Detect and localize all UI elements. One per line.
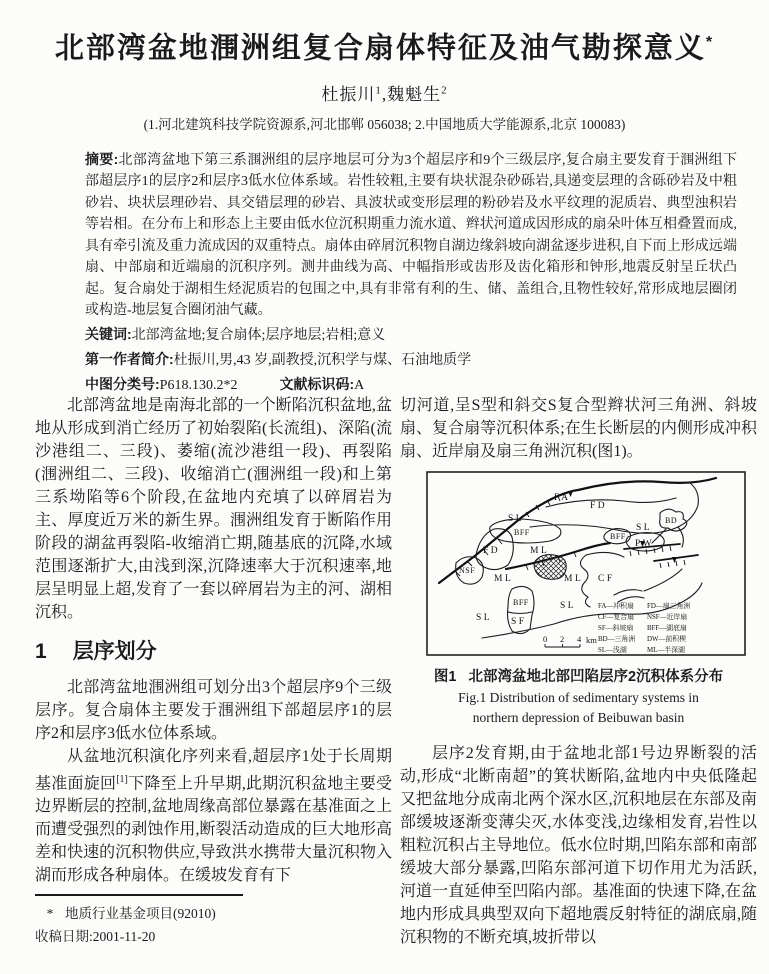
- legend-entry: BFF—湖底扇: [647, 623, 687, 632]
- figure-caption-en-line2: northern depression of Beibuwan basin: [400, 708, 757, 728]
- received-date: 收稿日期:2001-11-20: [35, 925, 392, 948]
- legend-entry: ML—半深湖: [647, 645, 685, 654]
- keywords-text: 北部湾盆地;复合扇体;层序地层;岩相;意义: [132, 328, 386, 343]
- figure-caption-cn-text: 北部湾盆地北部凹陷层序2沉积体系分布: [469, 669, 724, 685]
- scale-tick-0: 0: [543, 634, 547, 644]
- map-label-pw: PW: [635, 539, 654, 549]
- footnote-star: *: [35, 902, 65, 925]
- map-label-fd-top: FD: [590, 501, 607, 511]
- author-name-2: 魏魁生: [387, 85, 441, 104]
- legend-entry: BD—三角洲: [598, 634, 635, 643]
- legend-entry: CF—复合扇: [598, 612, 634, 621]
- abstract-text: 北部湾盆地下第三系涠洲组的层序地层可分为3个超层序和9个三级层序,复合扇主要发育…: [85, 153, 737, 319]
- legend-entry: NSF—近岸扇: [647, 612, 687, 621]
- right-column: 切河道,呈S型和斜交S复合型辫状河三角洲、斜坡扇、复合扇等沉积体系;在生长断层的…: [400, 394, 757, 974]
- section-title: 层序划分: [73, 640, 157, 663]
- map-label-sl-nw: SL: [508, 514, 524, 524]
- body-paragraph-cont: 切河道,呈S型和斜交S复合型辫状河三角洲、斜坡扇、复合扇等沉积体系;在生长断层的…: [400, 394, 757, 463]
- footnote-rule: [35, 894, 243, 896]
- author-bio-line: 第一作者简介:杜振川,男,43 岁,副教授,沉积学与煤、石油地质学: [85, 348, 737, 372]
- body-columns: 北部湾盆地是南海北部的一个断陷沉积盆地,盆地从形成到消亡经历了初始裂陷(长流组)…: [0, 394, 769, 974]
- abstract-label: 摘要:: [85, 151, 118, 167]
- author-bio-text: 杜振川,男,43 岁,副教授,沉积学与煤、石油地质学: [174, 353, 472, 368]
- author-bio-label: 第一作者简介:: [85, 351, 174, 367]
- figure-caption-cn: 图1北部湾盆地北部凹陷层序2沉积体系分布: [400, 667, 757, 688]
- map-label-bff-bottom: BFF: [513, 598, 529, 607]
- abstract-section: 摘要:北部湾盆地下第三系涠洲组的层序地层可分为3个超层序和9个三级层序,复合扇主…: [85, 149, 737, 322]
- affiliation-line: (1.河北建筑科技学院资源系,河北邯郸 056038; 2.中国地质大学能源系,…: [0, 113, 769, 133]
- legend-entry: FD—扇三角洲: [647, 601, 690, 610]
- map-label-bd: BD: [665, 516, 677, 525]
- reference-mark: [1]: [116, 774, 128, 785]
- scale-unit: km: [586, 635, 597, 645]
- map-label-ml-sw: ML: [494, 574, 513, 584]
- map-frame: [427, 472, 745, 655]
- map-label-sl-sw: SL: [476, 613, 492, 623]
- map-label-sf: SF: [511, 617, 527, 627]
- scale-bar-line: [545, 644, 580, 647]
- scale-tick-2: 2: [560, 634, 564, 644]
- paper-title-text: 北部湾盆地涠洲组复合扇体特征及油气勘探意义: [55, 33, 706, 65]
- doc-code-value: A: [354, 378, 364, 393]
- map-label-fa: FA: [554, 493, 570, 503]
- paper-page: 北部湾盆地涠洲组复合扇体特征及油气勘探意义* 杜振川1,魏魁生2 (1.河北建筑…: [0, 0, 769, 974]
- map-label-sl-bottom: SL: [560, 601, 576, 611]
- fault-tick-marks: [660, 560, 685, 568]
- authors-line: 杜振川1,魏魁生2: [0, 80, 769, 105]
- body-paragraph-seq1: 北部湾盆地涠洲组可划分出3个超层序9个三级层序。复合扇体主要发于涠洲组下部超层序…: [35, 676, 392, 745]
- legend-entry: SF—斜坡扇: [598, 623, 633, 632]
- section-heading-1: 1层序划分: [35, 638, 392, 666]
- map-hatched-lobe: [534, 555, 566, 580]
- map-label-nsf: NSF: [459, 566, 475, 575]
- body-paragraph-seq2dev: 层序2发育期,由于盆地北部1号边界断裂的活动,形成“北断南超”的箕状断陷,盆地内…: [400, 742, 757, 949]
- map-label-cf: CF: [598, 574, 615, 584]
- map-label-bff-nw: BFF: [514, 528, 530, 537]
- legend-entry: DW—前积楔: [647, 634, 686, 643]
- map-label-bff-right: BFF: [610, 532, 626, 541]
- legend-entry: SL—浅湖: [598, 645, 627, 654]
- fund-note-text: 地质行业基金项目(92010): [65, 906, 216, 921]
- figure-caption: 图1北部湾盆地北部凹陷层序2沉积体系分布 Fig.1 Distribution …: [400, 667, 757, 728]
- keywords-line: 关键词:北部湾盆地;复合扇体;层序地层;岩相;意义: [85, 323, 737, 347]
- body-paragraph-intro: 北部湾盆地是南海北部的一个断陷沉积盆地,盆地从形成到消亡经历了初始裂陷(长流组)…: [35, 394, 392, 624]
- map-label-ml-center: ML: [530, 546, 549, 556]
- clc-value: P618.130.2*2: [160, 378, 238, 393]
- section-number: 1: [35, 640, 47, 663]
- map-region-boundary: [614, 590, 644, 602]
- map-label-fd-left: FD: [483, 546, 500, 556]
- map-region-boundary: [508, 612, 532, 614]
- author-affil-sup-2: 2: [441, 84, 448, 96]
- figure-caption-en-line1: Fig.1 Distribution of sedimentary system…: [400, 688, 757, 708]
- title-footnote-mark: *: [706, 34, 714, 51]
- scale-bar: 0 2 4 km: [543, 634, 597, 647]
- map-region-boundary: [586, 552, 624, 557]
- footnote: *地质行业基金项目(92010) 收稿日期:2001-11-20: [35, 894, 392, 948]
- legend-entry: FA—冲积扇: [598, 601, 634, 610]
- map-label-sl-right: SL: [636, 523, 652, 533]
- left-column: 北部湾盆地是南海北部的一个断陷沉积盆地,盆地从形成到消亡经历了初始裂陷(长流组)…: [35, 394, 392, 974]
- paper-title: 北部湾盆地涠洲组复合扇体特征及油气勘探意义*: [20, 24, 749, 68]
- map-label-ml-mid: ML: [564, 574, 583, 584]
- keywords-label: 关键词:: [85, 326, 132, 342]
- clc-label: 中图分类号:: [85, 376, 160, 392]
- figure-1: FA FD SL BFF FD NSF ML SL BD BFF PW ML M…: [400, 471, 757, 728]
- map-region-boundary: [644, 569, 682, 591]
- map-legend: FA—冲积扇 CF—复合扇 SF—斜坡扇 BD—三角洲 SL—浅湖 FD—扇三角…: [598, 601, 690, 654]
- scale-tick-4: 4: [577, 634, 582, 644]
- body-paragraph-seq2: 从盆地沉积演化序列来看,超层序1处于长周期基准面旋回[1]下降至上升早期,此期沉…: [35, 745, 392, 887]
- fund-note: *地质行业基金项目(92010): [35, 902, 392, 925]
- author-name-1: 杜振川: [321, 85, 375, 104]
- figure-number: 图1: [434, 669, 457, 685]
- sedimentary-systems-map: FA FD SL BFF FD NSF ML SL BD BFF PW ML M…: [426, 471, 747, 657]
- doc-code-label: 文献标识码:: [279, 376, 354, 392]
